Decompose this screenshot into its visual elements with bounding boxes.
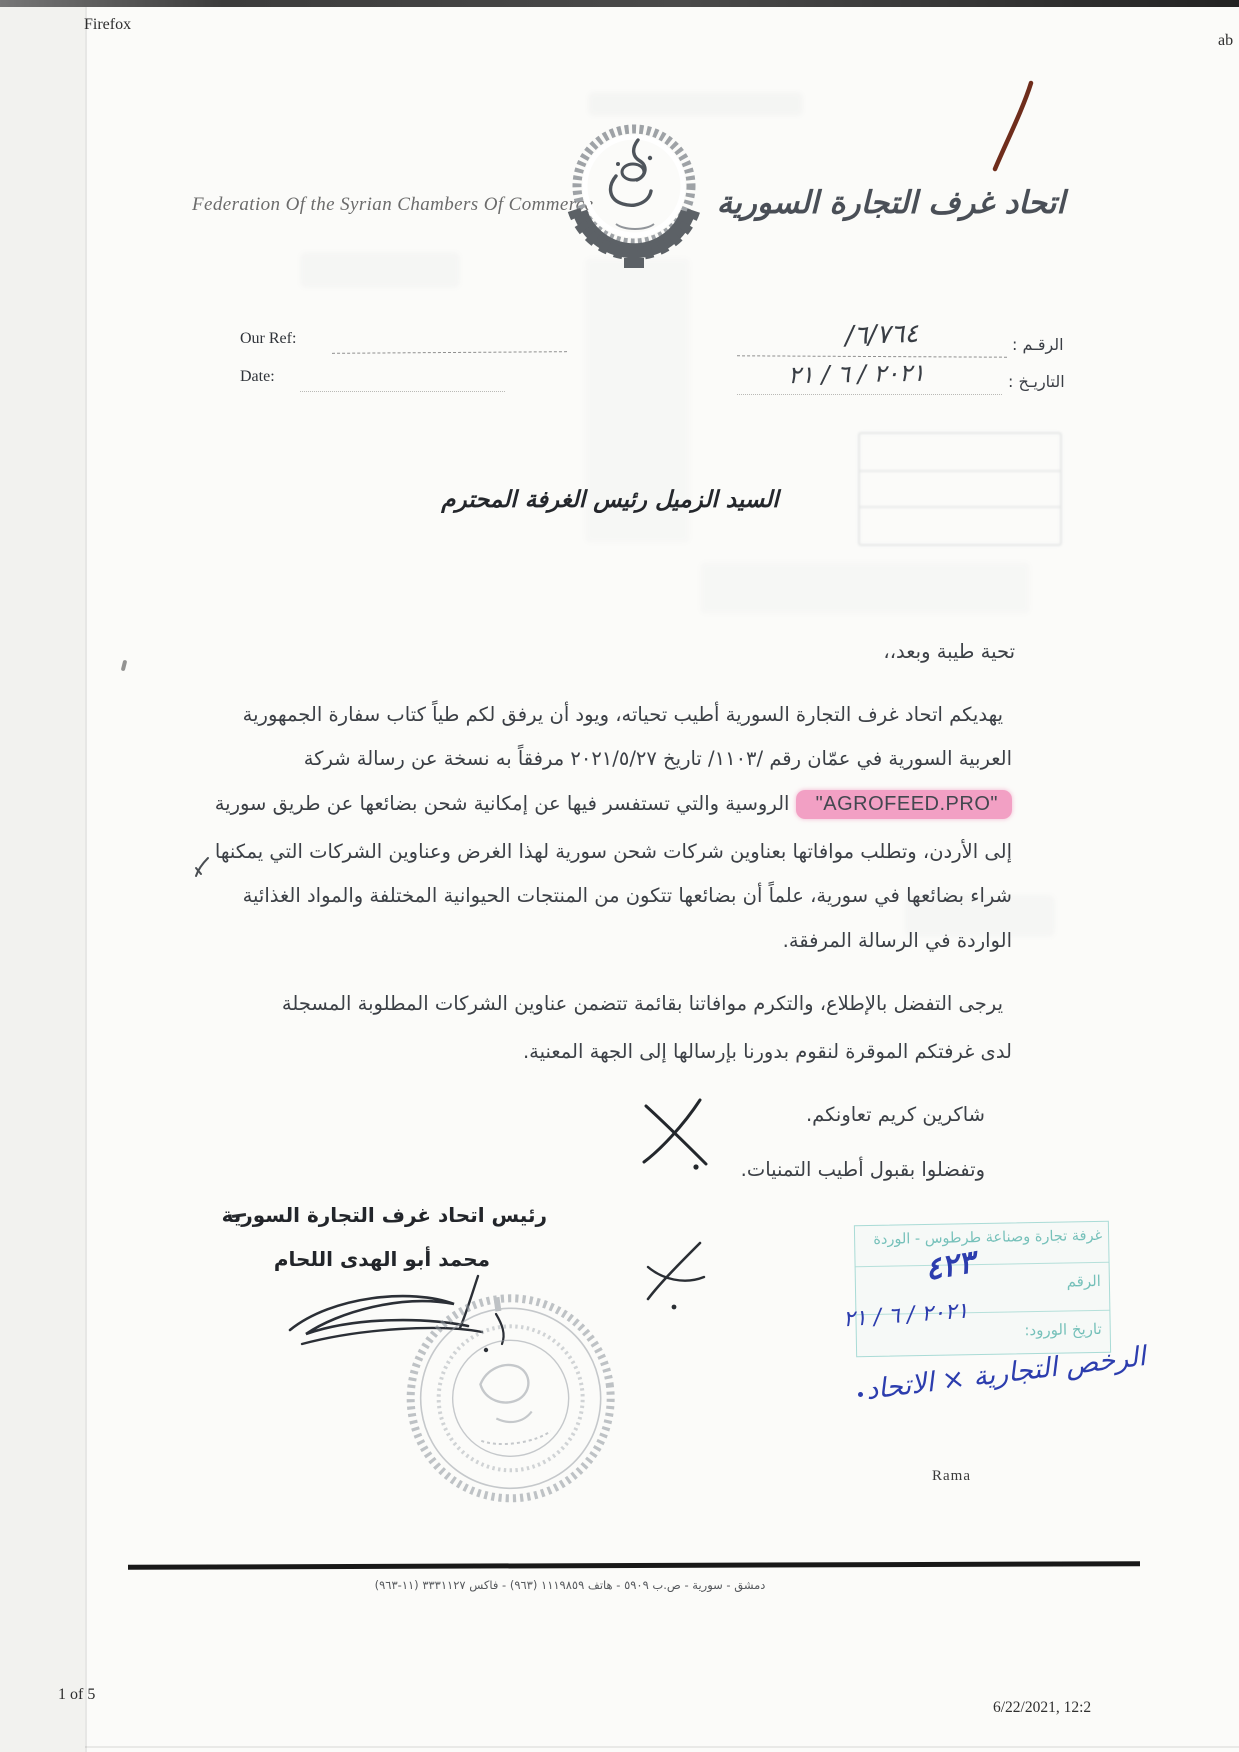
clipped-header-text: ab	[1218, 32, 1233, 50]
date-handwritten-value: ٢٠٢١ / ٦ / ٢١	[788, 359, 925, 389]
footer-rule	[128, 1561, 1140, 1570]
round-seal-stamp	[383, 1273, 642, 1528]
signer-title: رئيس اتحاد غرف التجارة السورية	[247, 1203, 547, 1227]
clerk-name: Rama	[932, 1468, 971, 1485]
scan-artifact	[700, 562, 1030, 614]
body-line: يهديكم اتحاد غرف التجارة السورية أطيب تح…	[243, 703, 1003, 726]
received-stamp-box: غرفة تجارة وصناعة طرطوس - الوردة الرقم ت…	[854, 1221, 1111, 1357]
body-line: الواردة في الرسالة المرفقة.	[783, 929, 1012, 952]
page-bottom-edge	[85, 1746, 1239, 1748]
thanks-line: شاكرين كريم تعاونكم.	[806, 1103, 985, 1126]
received-date-label: تاريخ الورود:	[1024, 1320, 1102, 1339]
ink-dot	[858, 1392, 863, 1397]
scan-artifact	[858, 432, 1062, 546]
left-scan-gutter	[0, 7, 85, 1752]
our-ref-line	[332, 351, 567, 354]
body-line: لدى غرفتكم الموقرة لنقوم بدورنا بإرسالها…	[523, 1040, 1012, 1063]
page-indicator: 1 of 5	[58, 1686, 95, 1704]
ink-speck	[121, 660, 128, 672]
top-scan-strip	[0, 0, 1239, 7]
footer-contact-line: دمشق - سورية - ص.ب ٥٩٠٩ - هاتف ١١١٩٨٥٩ (…	[250, 1578, 890, 1592]
stamp-divider	[856, 1262, 1109, 1267]
date-line-arabic	[737, 394, 1002, 395]
page-left-edge	[85, 7, 87, 1752]
number-line	[737, 355, 1007, 357]
body-line: يرجى التفضل بالإطلاع، والتكرم موافاتنا ب…	[282, 992, 1003, 1015]
body-line: العربية السورية في عمّان رقم /١١٠٣/ تاري…	[304, 747, 1012, 770]
highlighted-company-name: "AGROFEED.PRO"	[796, 790, 1012, 819]
closing-line: وتفضلوا بقبول أطيب التمنيات.	[741, 1158, 985, 1181]
ink-speck	[193, 856, 213, 878]
handwritten-swoosh-mark	[642, 1235, 712, 1315]
body-line-text: الروسية والتي تستفسر فيها عن إمكانية شحن…	[215, 792, 790, 815]
received-number-label: الرقم	[1067, 1272, 1101, 1291]
federation-emblem-logo	[558, 112, 710, 274]
received-stamp-org: غرفة تجارة وصناعة طرطوس - الوردة	[873, 1228, 1102, 1248]
scan-artifact	[300, 252, 460, 288]
body-line: إلى الأردن، وتطلب موافاتها بعناوين شركات…	[215, 840, 1012, 863]
number-label-arabic: الرقـم :	[1012, 335, 1064, 354]
org-name-arabic: اتحاد غرف التجارة السورية	[745, 185, 1065, 221]
date-line	[300, 391, 505, 392]
body-line: "AGROFEED.PRO" الروسية والتي تستفسر فيها…	[215, 792, 1012, 816]
pen-stroke-mark	[975, 75, 1045, 180]
org-name-english: Federation Of the Syrian Chambers Of Com…	[192, 194, 593, 216]
scanned-letter-page: Firefox ab Federation Of the Syrian Cham…	[0, 0, 1239, 1752]
date-label: Date:	[240, 368, 275, 386]
handwritten-x-mark	[636, 1090, 716, 1175]
number-handwritten-value: /٦/٧٦٤	[844, 319, 918, 352]
our-ref-label: Our Ref:	[240, 330, 296, 348]
date-label-arabic: التاريـخ :	[1008, 372, 1065, 391]
print-timestamp: 6/22/2021, 12:2	[993, 1699, 1091, 1717]
letter-salutation: السيد الزميل رئيس الغرفة المحترم	[425, 487, 795, 513]
browser-app-label: Firefox	[84, 16, 131, 34]
body-line: شراء بضائعها في سورية، علماً أن بضائعها …	[243, 884, 1012, 907]
letter-greeting: تحية طيبة وبعد،،	[883, 640, 1015, 663]
